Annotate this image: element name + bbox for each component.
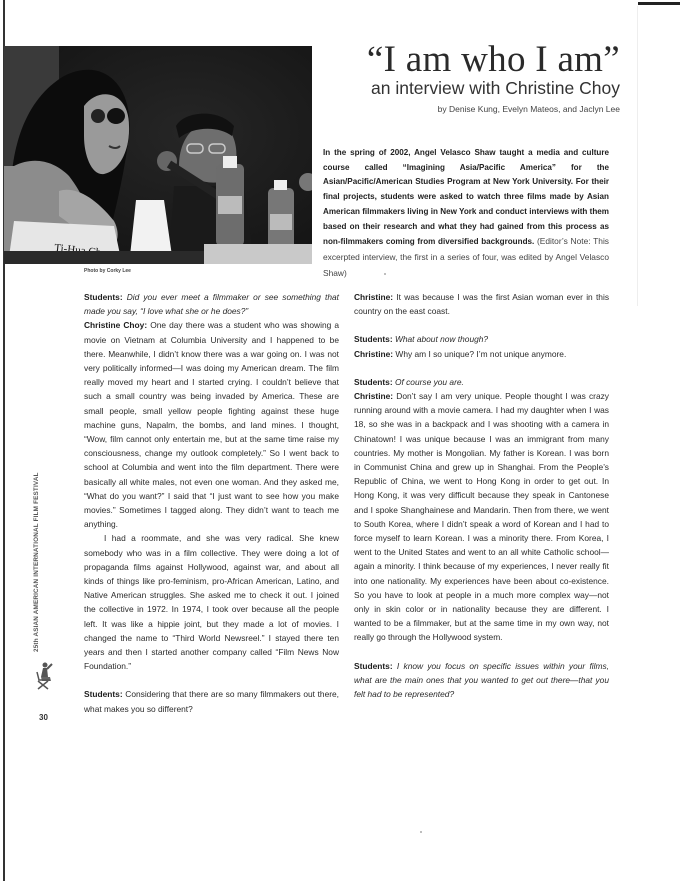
answer-text: Don’t say I am very unique. People thoug…	[354, 391, 609, 642]
speaker-label: Students:	[354, 661, 393, 671]
photo-caption: Photo by Corky Lee	[84, 268, 131, 274]
exchange-question: Students: Of course you are.	[354, 375, 609, 389]
speaker-label: Students:	[84, 292, 123, 302]
speaker-label: Christine:	[354, 391, 393, 401]
speaker-label: Christine:	[354, 292, 393, 302]
exchange-question: Students: I know you focus on specific i…	[354, 659, 609, 702]
photo-illustration: Ti-Hua Chang	[4, 46, 312, 264]
answer-text: It was because I was the first Asian wom…	[354, 292, 609, 316]
answer-text: Why am I so unique? I’m not unique anymo…	[395, 349, 566, 359]
faint-rule	[637, 6, 638, 306]
speaker-label: Students:	[84, 689, 123, 699]
answer-continued: I had a roommate, and she was very radic…	[84, 531, 339, 673]
article-title: “I am who I am”	[367, 38, 620, 81]
speaker-label: Christine:	[354, 349, 393, 359]
speaker-label: Christine Choy:	[84, 320, 147, 330]
scan-speck	[420, 831, 422, 833]
question-text: Considering that there are so many filmm…	[84, 689, 339, 713]
exchange-question: Students: Did you ever meet a filmmaker …	[84, 290, 339, 318]
corner-rule	[638, 2, 680, 5]
byline: by Denise Kung, Evelyn Mateos, and Jacly…	[438, 104, 620, 114]
scan-speck	[384, 273, 386, 275]
answer-text: I had a roommate, and she was very radic…	[84, 533, 339, 671]
exchange-question: Students: What about now though?	[354, 332, 609, 346]
interview-photo: Ti-Hua Chang	[4, 46, 312, 264]
exchange-answer: Christine Choy: One day there was a stud…	[84, 318, 339, 531]
intro-text: In the spring of 2002, Angel Velasco Sha…	[323, 148, 609, 246]
article-subtitle: an interview with Christine Choy	[371, 78, 620, 99]
question-text: Of course you are.	[395, 377, 464, 387]
exchange-answer: Christine: Why am I so unique? I’m not u…	[354, 347, 609, 361]
page-number: 30	[39, 713, 48, 722]
exchange-answer: Christine: Don’t say I am very unique. P…	[354, 389, 609, 645]
answer-text: One day there was a student who was show…	[84, 320, 339, 529]
intro-paragraph: In the spring of 2002, Angel Velasco Sha…	[323, 146, 609, 281]
question-text: Did you ever meet a filmmaker or see som…	[84, 292, 339, 316]
exchange-question: Students: Considering that there are so …	[84, 687, 339, 715]
question-text: What about now though?	[395, 334, 488, 344]
interview-column-right: Christine: It was because I was the firs…	[354, 290, 609, 701]
exchange-answer: Christine: It was because I was the firs…	[354, 290, 609, 318]
question-text: I know you focus on specific issues with…	[354, 661, 609, 699]
speaker-label: Students:	[354, 377, 393, 387]
festival-running-head: 25th ASIAN AMERICAN INTERNATIONAL FILM F…	[33, 472, 40, 652]
interview-column-left: Students: Did you ever meet a filmmaker …	[84, 290, 339, 716]
director-chair-icon	[30, 660, 56, 690]
speaker-label: Students:	[354, 334, 393, 344]
